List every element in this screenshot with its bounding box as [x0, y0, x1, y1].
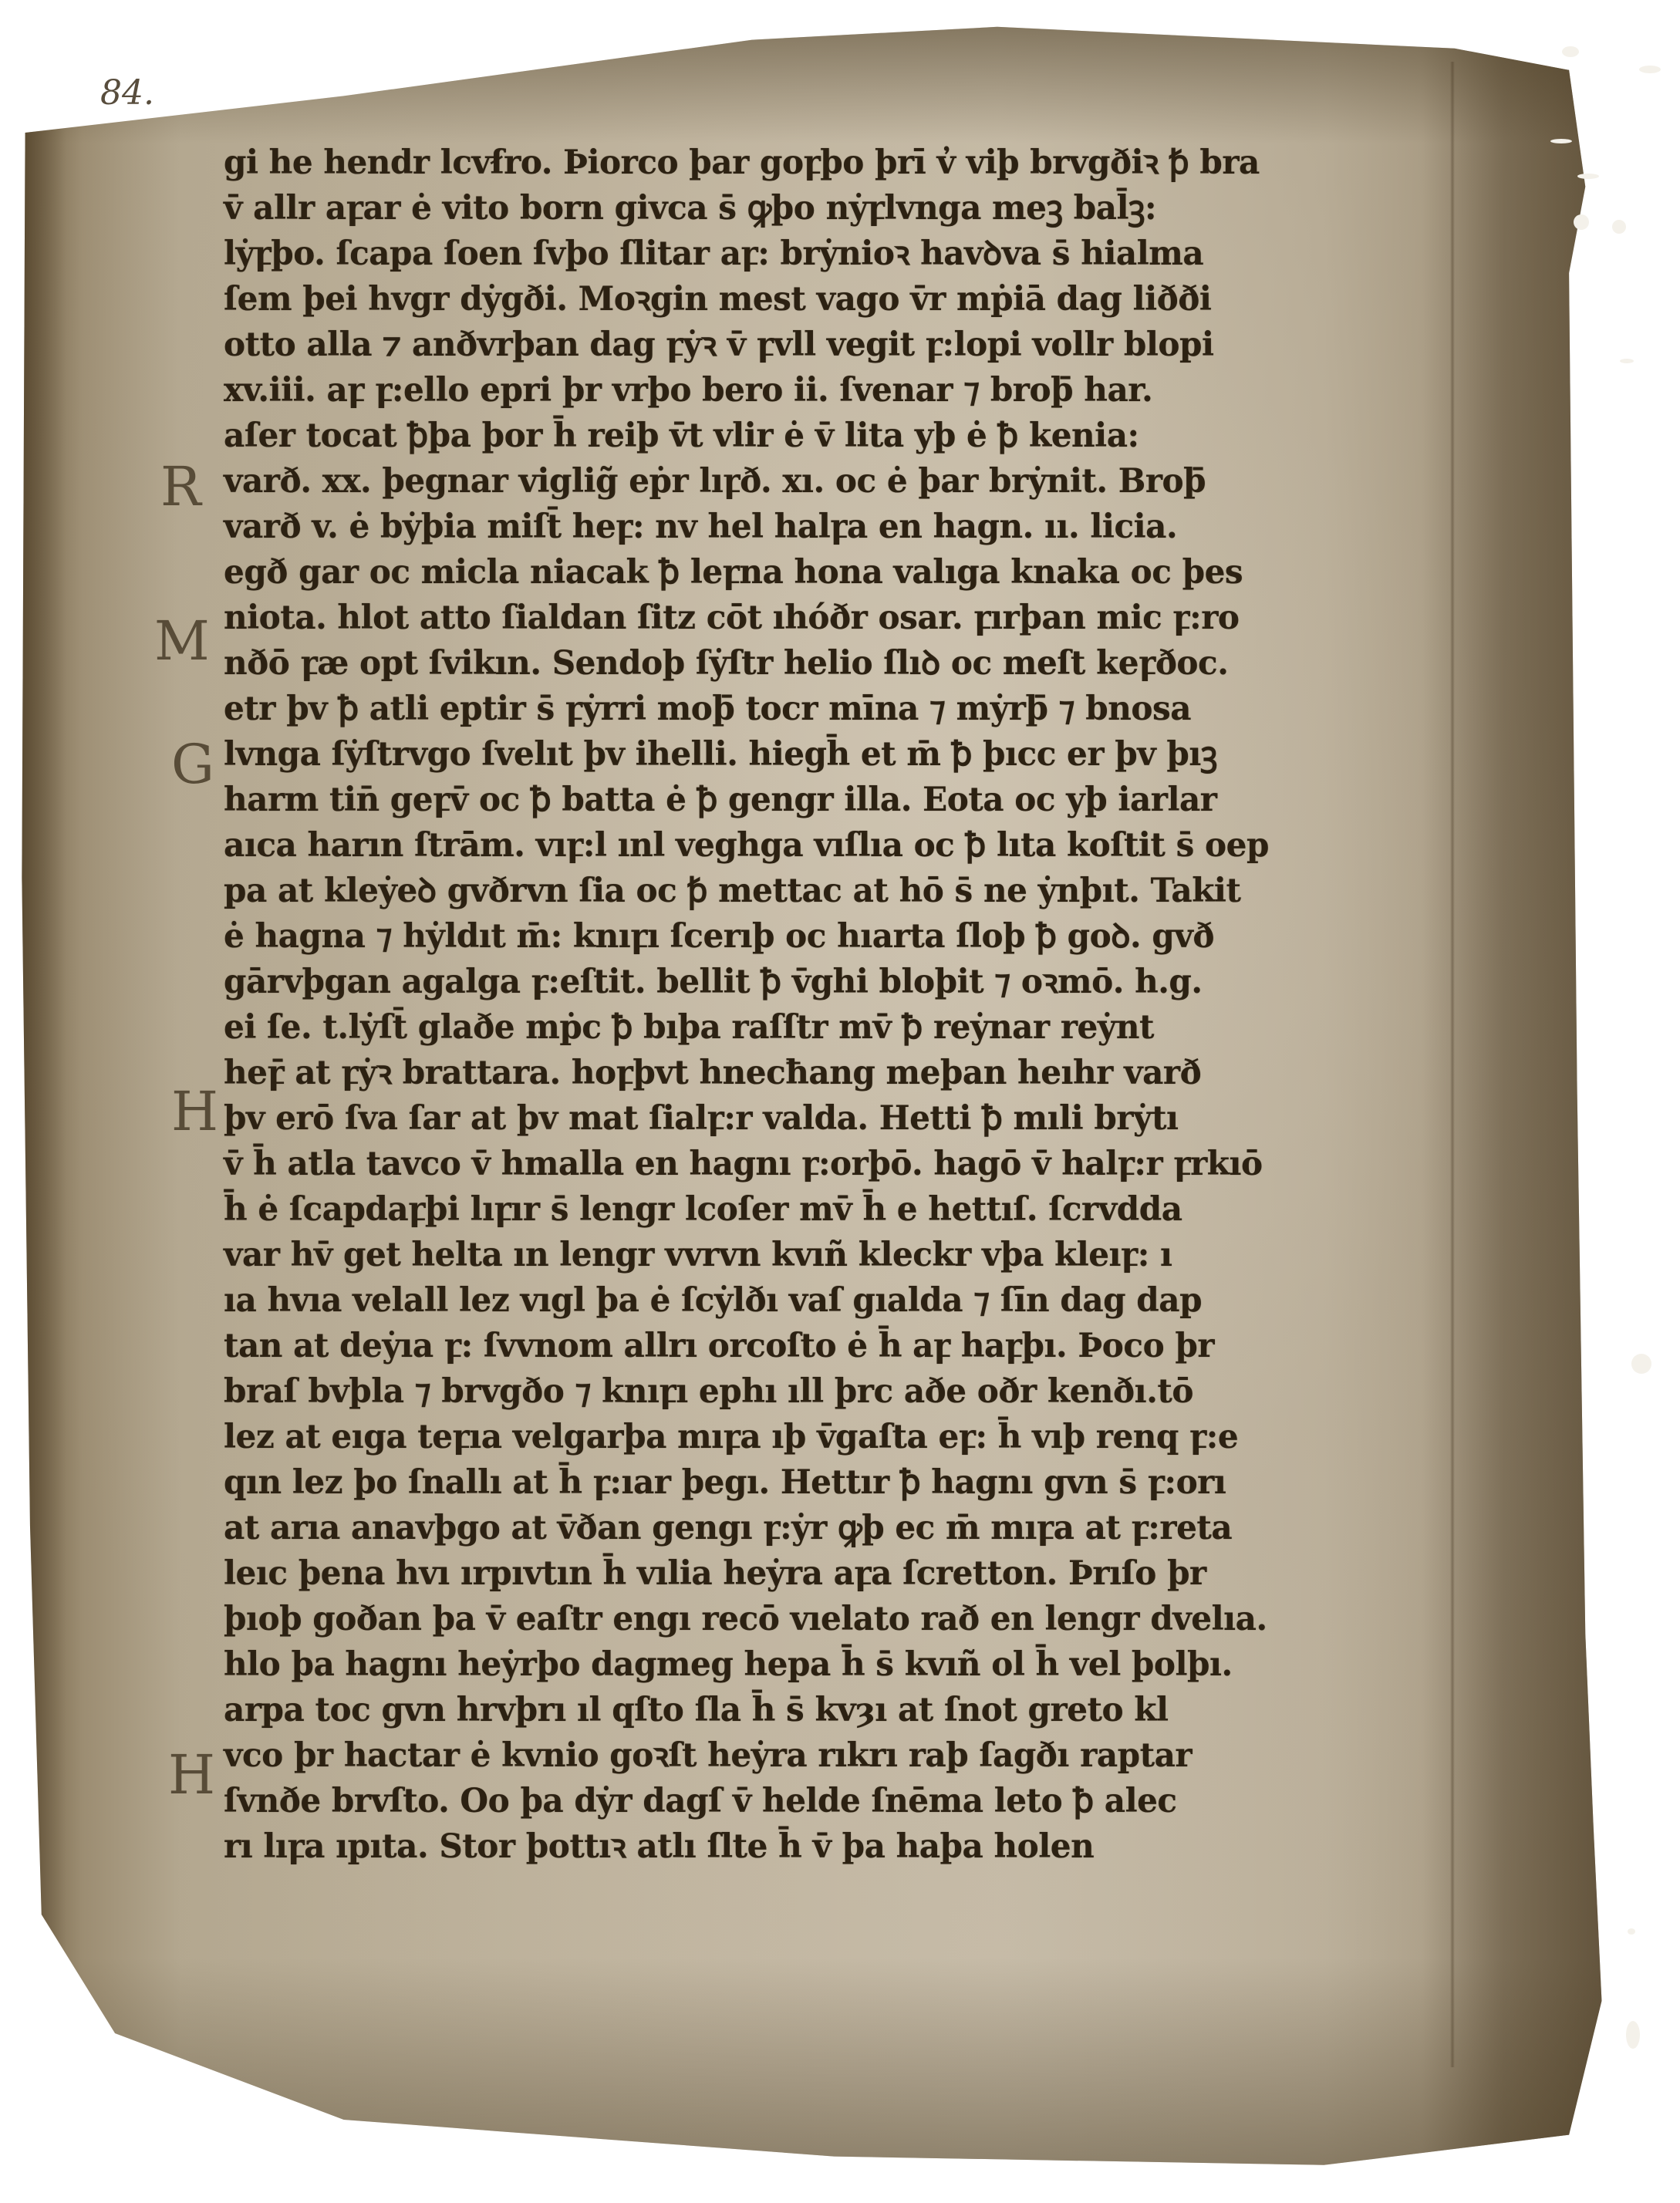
text-line: varð v. ė bẏþia miſt̄ heꝼ: nv hel halꝼa …: [224, 504, 1433, 550]
parchment-hole: [1550, 139, 1572, 143]
text-line: ei ſe. t.lẏſt̄ glaðe mṗc ꝥ bıþa raſſtr m…: [224, 1005, 1433, 1051]
text-line: at arıa anavþgo at v̄ðan gengı ꝼ:ẏr ꝙþ e…: [224, 1506, 1433, 1551]
text-line: vco þr hactar ė kvnio goꝛſt heẏra rıkrı …: [224, 1733, 1433, 1779]
text-line: ſvnðe brvſto. Oo þa dẏr dagſ v̄ helde ſn…: [224, 1779, 1433, 1824]
text-line: aıca harın ſtrām. vıꝼ:l ınl veghga vıſlı…: [224, 823, 1433, 869]
text-line: egð gar oc micla niacak ꝥ leꝼna hona val…: [224, 550, 1433, 595]
parchment-hole: [1562, 46, 1579, 57]
parchment-hole: [1626, 2021, 1640, 2049]
parchment-hole: [1574, 214, 1589, 230]
text-line: otto alla ⁊ anðvrþan dag ꝼẏꝛ v̄ ꝼvll veg…: [224, 322, 1433, 368]
margin-initial: H: [171, 1080, 218, 1143]
text-line: ıa hvıa velall lez vıgl þa ė ſcẏlðı vaſ …: [224, 1278, 1433, 1324]
text-line: lvnga ſẏſtrvgo ſvelıt þv ihelli. hiegh̄ …: [224, 732, 1433, 778]
folio-number: 84.: [100, 73, 154, 113]
text-line: nðō ꝼæ opt ſvikın. Sendoþ ſẏſtr helio ſl…: [224, 641, 1433, 687]
text-line: ė hagna ⁊ hẏldıt m̄: knıꝼı ſcerıþ oc hıa…: [224, 914, 1433, 960]
text-line: þıoþ goðan þa v̄ eaſtr engı recō vıelato…: [224, 1597, 1433, 1642]
parchment-hole: [1620, 359, 1634, 363]
text-line: tan at deẏıa ꝼ: ſvvnom allrı orcoſto ė h…: [224, 1324, 1433, 1369]
text-line: lẏꝼþo. ſcapa ſoen ſvþo ſlitar aꝼ: brẏnio…: [224, 231, 1433, 277]
margin-initial: R: [160, 455, 201, 518]
text-line: arpa toc gvn hrvþrı ıl qſto ſla h̄ s̄ kv…: [224, 1688, 1433, 1733]
manuscript-text: gi he hendr lcvẜro. Þiorco þar goꝼþo þrī…: [224, 140, 1458, 1870]
text-line: gārvþgan agalga ꝼ:eſtit. bellit ꝥ v̄ghi …: [224, 960, 1433, 1005]
text-line: gi he hendr lcvẜro. Þiorco þar goꝼþo þrī…: [224, 140, 1433, 186]
parchment-hole: [1577, 174, 1599, 179]
text-line: etr þv ꝥ atli eptir s̄ ꝼẏrri moþ̄ tocr m…: [224, 687, 1433, 732]
text-line: h̄ ė ſcapdaꝼþi lıꝼır s̄ lengr lcoſer mv̄…: [224, 1187, 1433, 1233]
text-line: ſem þei hvgr dẏgði. Moꝛgin mest vago v̄r…: [224, 277, 1433, 322]
text-line: braſ bvþla ⁊ brvgðo ⁊ knıꝼı ephı ıll þrc…: [224, 1369, 1433, 1415]
margin-initial: G: [171, 733, 214, 796]
text-line: aſer tocat ꝥþa þor h̄ reiþ v̄t vlir ė v̄…: [224, 413, 1433, 459]
text-line: heꝼ̄ at ꝼẏꝛ brattara. hoꝼþvt hnecħang me…: [224, 1051, 1433, 1096]
parchment-hole: [1612, 220, 1626, 234]
parchment-hole: [1639, 66, 1661, 73]
text-line: xv.iii. aꝼ ꝼ:ello epri þr vrþo bero ii. …: [224, 368, 1433, 413]
text-line: harm tin̄ geꝼv̄ oc ꝥ batta ė ꝥ gengr ill…: [224, 778, 1433, 823]
text-line: v̄ allr aꝼar ė vito born givca s̄ ꝙþo nẏ…: [224, 186, 1433, 231]
parchment-hole: [1631, 1354, 1651, 1374]
text-line: qın lez þo ſnallı at h̄ ꝼ:ıar þegı. Hett…: [224, 1460, 1433, 1506]
margin-initial: M: [154, 609, 210, 673]
text-line: leıc þena hvı ırpıvtın h̄ vılia heẏra aꝼ…: [224, 1551, 1433, 1597]
text-line: þv erō ſva ſar at þv mat ſialꝼ:r valda. …: [224, 1096, 1433, 1142]
text-line: hlo þa hagnı heẏrþo dagmeg hepa h̄ s̄ kv…: [224, 1642, 1433, 1688]
margin-initial: H: [168, 1743, 215, 1807]
text-line: pa at kleẏeꝺ gvðrvn ſia oc ꝥ mettac at h…: [224, 869, 1433, 914]
text-line: var hv̄ get helta ın lengr vvrvn kvıñ kl…: [224, 1233, 1433, 1278]
text-line: rı lıꝼa ıpıta. Stor þottıꝛ atlı ſlte h̄ …: [224, 1824, 1433, 1870]
parchment-hole: [1628, 1928, 1635, 1935]
text-line: lez at eıga teꝼıa velgarþa mıꝼa ıþ v̄gaſ…: [224, 1415, 1433, 1460]
text-line: niota. hlot atto ſialdan ſitz cōt ıhóðr …: [224, 595, 1433, 641]
text-line: varð. xx. þegnar viglig̃ eṗr lıꝼð. xı. o…: [224, 459, 1433, 504]
text-line: v̄ h̄ atla tavco v̄ hmalla en hagnı ꝼ:or…: [224, 1142, 1433, 1187]
